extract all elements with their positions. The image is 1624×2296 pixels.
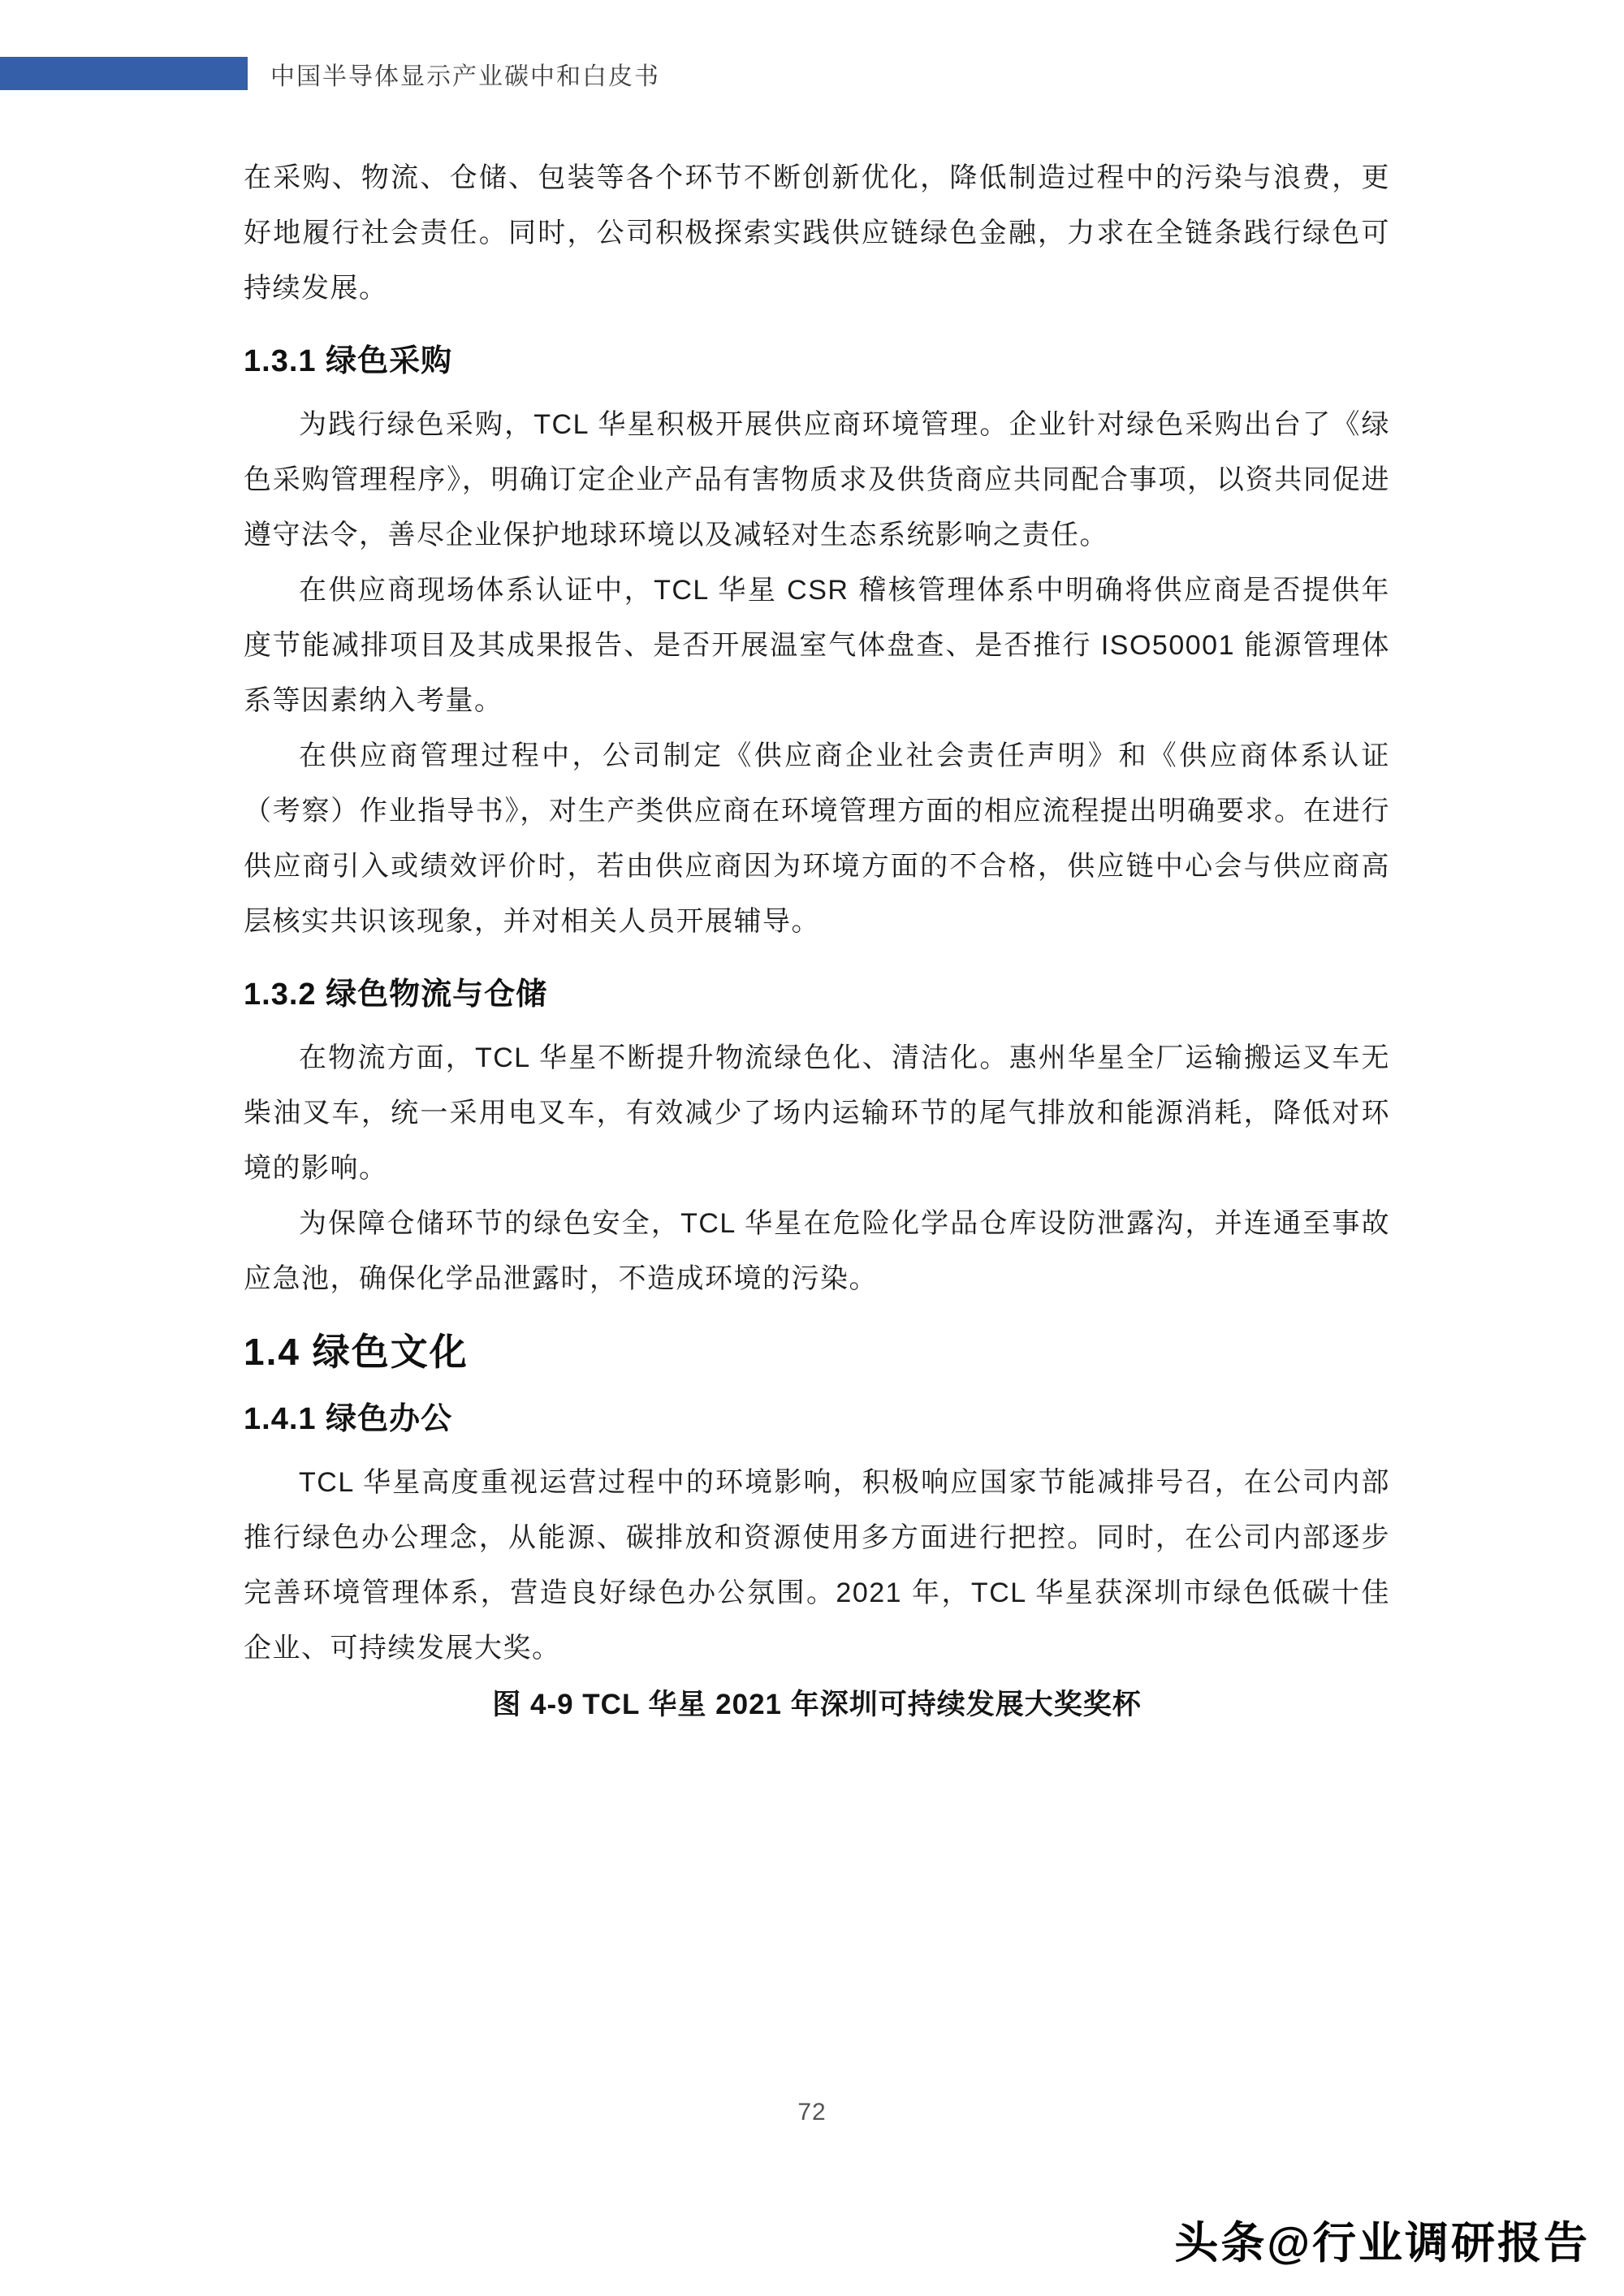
paragraph: 在物流方面，TCL 华星不断提升物流绿色化、清洁化。惠州华星全厂运输搬运叉车无柴… (244, 1030, 1390, 1196)
paragraph: 为践行绿色采购，TCL 华星积极开展供应商环境管理。企业针对绿色采购出台了《绿色… (244, 397, 1390, 563)
content-column: 在采购、物流、仓储、包装等各个环节不断创新优化，降低制造过程中的污染与浪费，更好… (244, 0, 1390, 1726)
watermark-text: 头条@行业调研报告 (1174, 2208, 1590, 2271)
paragraph: 在供应商现场体系认证中，TCL 华星 CSR 稽核管理体系中明确将供应商是否提供… (244, 563, 1390, 728)
figure-caption: 图 4-9 TCL 华星 2021 年深圳可持续发展大奖奖杯 (244, 1684, 1390, 1726)
paragraph: 为保障仓储环节的绿色安全，TCL 华星在危险化学品仓库设防泄露沟，并连通至事故应… (244, 1196, 1390, 1306)
section-heading-1-4: 1.4 绿色文化 (244, 1331, 1390, 1374)
paragraph: 在供应商管理过程中，公司制定《供应商企业社会责任声明》和《供应商体系认证（考察）… (244, 728, 1390, 949)
paragraph: TCL 华星高度重视运营过程中的环境影响，积极响应国家节能减排号召，在公司内部推… (244, 1455, 1390, 1676)
section-heading-1-4-1: 1.4.1 绿色办公 (244, 1401, 1390, 1437)
section-heading-1-3-1: 1.3.1 绿色采购 (244, 343, 1390, 379)
intro-paragraph: 在采购、物流、仓储、包装等各个环节不断创新优化，降低制造过程中的污染与浪费，更好… (244, 150, 1390, 316)
section-heading-1-3-2: 1.3.2 绿色物流与仓储 (244, 977, 1390, 1012)
document-page: 中国半导体显示产业碳中和白皮书 在采购、物流、仓储、包装等各个环节不断创新优化，… (0, 0, 1624, 2296)
page-number: 72 (0, 2099, 1624, 2126)
header-accent-bar (0, 57, 248, 90)
